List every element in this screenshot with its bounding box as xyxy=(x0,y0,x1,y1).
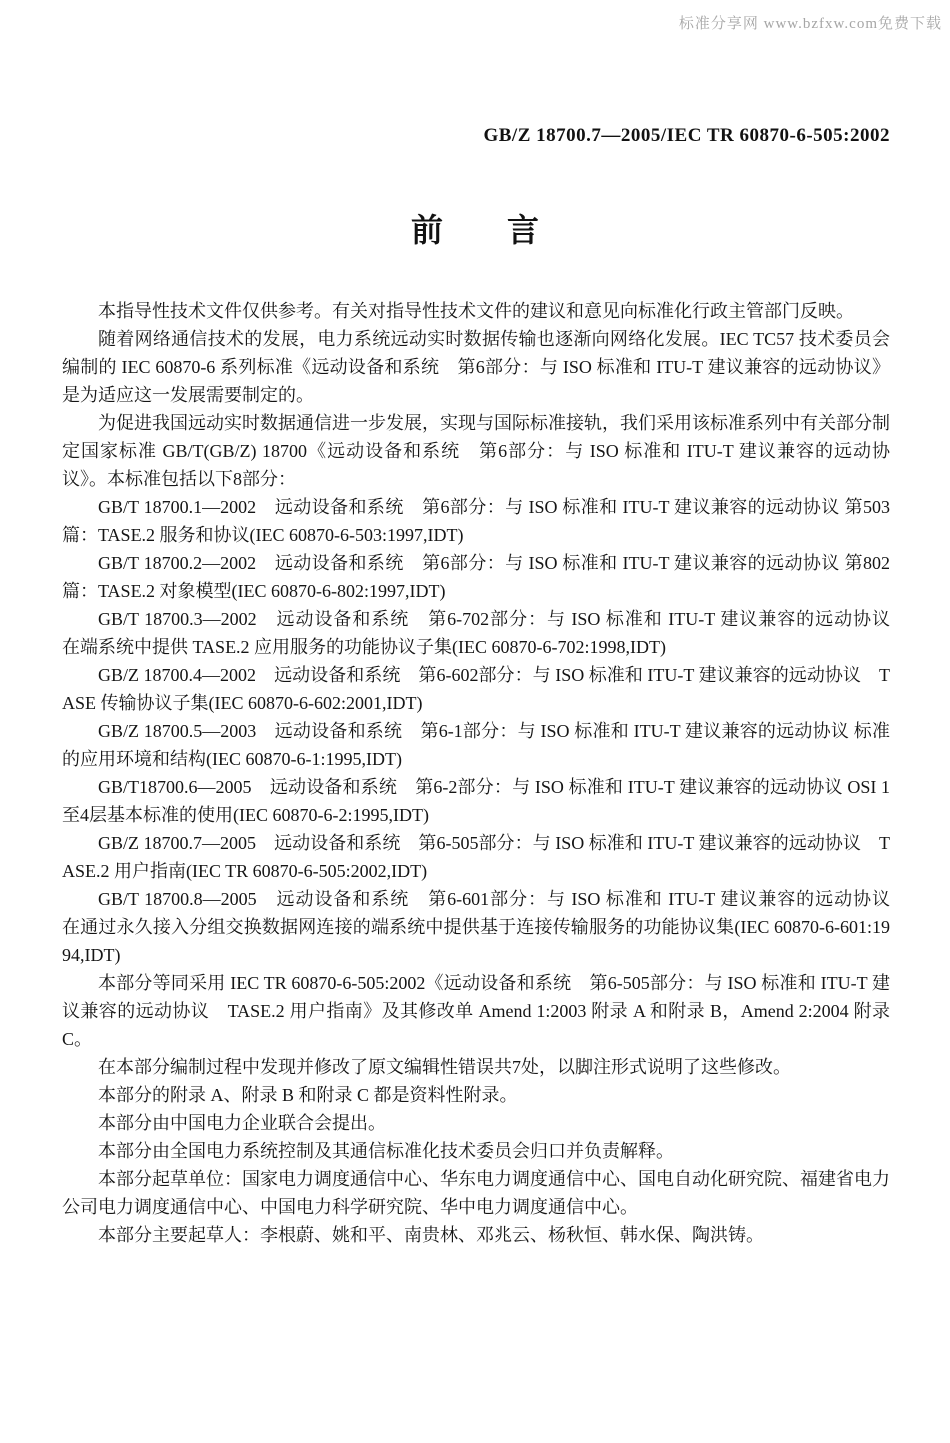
foreword-paragraph: 随着网络通信技术的发展，电力系统远动实时数据传输也逐渐向网络化发展。IEC TC… xyxy=(62,325,890,409)
foreword-paragraph: 本部分的附录 A、附录 B 和附录 C 都是资料性附录。 xyxy=(62,1081,890,1109)
foreword-paragraph: GB/T 18700.3—2002 远动设备和系统 第6-702部分：与 ISO… xyxy=(62,605,890,661)
foreword-paragraph: GB/T 18700.1—2002 远动设备和系统 第6部分：与 ISO 标准和… xyxy=(62,493,890,549)
foreword-paragraph: GB/Z 18700.7—2005 远动设备和系统 第6-505部分：与 ISO… xyxy=(62,829,890,885)
foreword-paragraph: 本部分起草单位：国家电力调度通信中心、华东电力调度通信中心、国电自动化研究院、福… xyxy=(62,1165,890,1221)
foreword-paragraph: 本部分主要起草人：李根蔚、姚和平、南贵林、邓兆云、杨秋恒、韩水保、陶洪铸。 xyxy=(62,1221,890,1249)
foreword-paragraph: 在本部分编制过程中发现并修改了原文编辑性错误共7处，以脚注形式说明了这些修改。 xyxy=(62,1053,890,1081)
document-page: 标准分享网 www.bzfxw.com免费下载 GB/Z 18700.7—200… xyxy=(0,0,950,1443)
foreword-paragraph: 本部分由全国电力系统控制及其通信标准化技术委员会归口并负责解释。 xyxy=(62,1137,890,1165)
foreword-paragraph: 本部分由中国电力企业联合会提出。 xyxy=(62,1109,890,1137)
foreword-body: 本指导性技术文件仅供参考。有关对指导性技术文件的建议和意见向标准化行政主管部门反… xyxy=(0,297,950,1249)
foreword-paragraph: GB/T 18700.2—2002 远动设备和系统 第6部分：与 ISO 标准和… xyxy=(62,549,890,605)
foreword-paragraph: GB/Z 18700.4—2002 远动设备和系统 第6-602部分：与 ISO… xyxy=(62,661,890,717)
foreword-paragraph: GB/Z 18700.5—2003 远动设备和系统 第6-1部分：与 ISO 标… xyxy=(62,717,890,773)
watermark-text: 标准分享网 www.bzfxw.com免费下载 xyxy=(679,12,942,33)
foreword-paragraph: 本指导性技术文件仅供参考。有关对指导性技术文件的建议和意见向标准化行政主管部门反… xyxy=(62,297,890,325)
foreword-paragraph: GB/T18700.6—2005 远动设备和系统 第6-2部分：与 ISO 标准… xyxy=(62,773,890,829)
foreword-paragraph: 本部分等同采用 IEC TR 60870-6-505:2002《远动设备和系统 … xyxy=(62,969,890,1053)
foreword-paragraph: GB/T 18700.8—2005 远动设备和系统 第6-601部分：与 ISO… xyxy=(62,885,890,969)
foreword-paragraph: 为促进我国远动实时数据通信进一步发展，实现与国际标准接轨，我们采用该标准系列中有… xyxy=(62,409,890,493)
page-title: 前 言 xyxy=(0,205,950,251)
